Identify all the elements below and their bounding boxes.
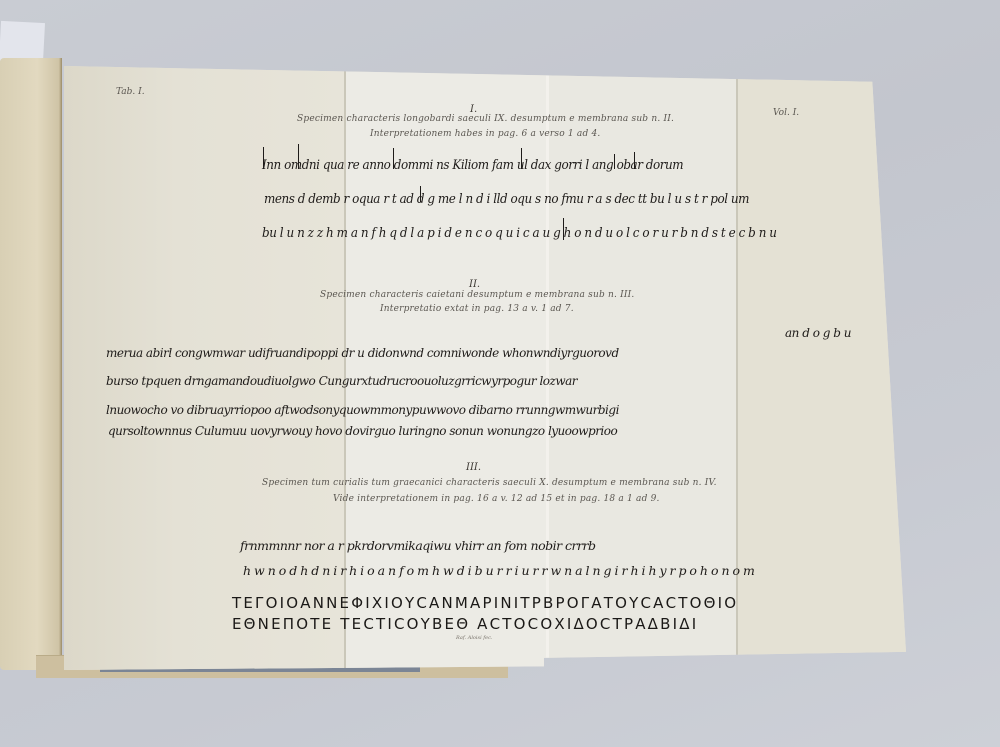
paper-slip — [0, 21, 45, 63]
section-2-script-line-2: burso tpquen drngamandoudiuolgwo Cungurx… — [106, 374, 577, 388]
section-3-numeral: III. — [466, 462, 481, 473]
section-1-script-line-3: bu l u n z z h m a n f h q d l a p i d e… — [262, 226, 777, 241]
section-3-script-line-2: h w n o d h d n i r h i o a n f o m h w … — [243, 563, 754, 578]
tab-label: Tab. I. — [116, 87, 145, 97]
left-book-page — [0, 58, 62, 670]
section-1-interpretation: Interpretationem habes in pag. 6 a verso… — [370, 129, 600, 139]
section-1-script-line-2: mens d demb r oqua r t ad d g me l n d i… — [264, 192, 749, 207]
section-1-script-line-1: Inn omdni qua re anno dommi ns Kiliom fa… — [262, 158, 683, 173]
section-2-script-line-4: qursoltownnus Culumuu uovyrwouy hovo dov… — [108, 424, 617, 438]
plate-panel-far — [738, 66, 908, 670]
fold-line — [546, 66, 549, 670]
fold-line — [736, 66, 738, 670]
section-2-numeral: II. — [469, 279, 480, 290]
engraver-signature: Raf. Aloisi fec. — [456, 635, 492, 641]
section-2-script-line-1: merua abirl congwmwar udifruandipoppi dr… — [106, 346, 619, 360]
section-2-interpretation: Interpretatio extat in pag. 13 a v. 1 ad… — [380, 304, 574, 314]
section-3-script-line-1: frnmmnnr nor a r pkrdorvmikaqiwu vhirr a… — [240, 538, 595, 553]
fold-line — [344, 66, 346, 670]
section-2-script-line-3: lnuowocho vo dibruayrriopoo aftwodsonyqu… — [106, 403, 619, 417]
section-2-script-line-0: an d o g b u — [785, 326, 851, 340]
vol-label: Vol. I. — [773, 108, 799, 118]
section-2-caption: Specimen characteris caietani desumptum … — [320, 290, 634, 300]
section-3-caption: Specimen tum curialis tum graecanici cha… — [262, 478, 717, 488]
section-3-greek-line-1: ΤΕΓΟΙΟΑΝΝΕΦΙΧΙΟΥCΑΝΜΑΡΙΝΙΤΡΒΡΟΓΑΤΟΥCΑCΤΟ… — [232, 594, 738, 612]
plate-panel-left — [64, 66, 344, 670]
section-1-caption: Specimen characteris longobardi saeculi … — [297, 114, 674, 124]
section-3-interpretation: Vide interpretationem in pag. 16 a v. 12… — [333, 494, 660, 504]
folding-plate — [64, 66, 906, 670]
plate-panel-right — [549, 66, 736, 670]
plate-panel-middle — [346, 66, 546, 670]
section-3-greek-line-2: ΕΘΝΕΠΟΤΕ ΤΕCΤΙCΟΥΒΕΘ ΑCΤΟCΟΧΙΔΟCΤΡΑΔΒΙΔΙ — [232, 615, 698, 633]
